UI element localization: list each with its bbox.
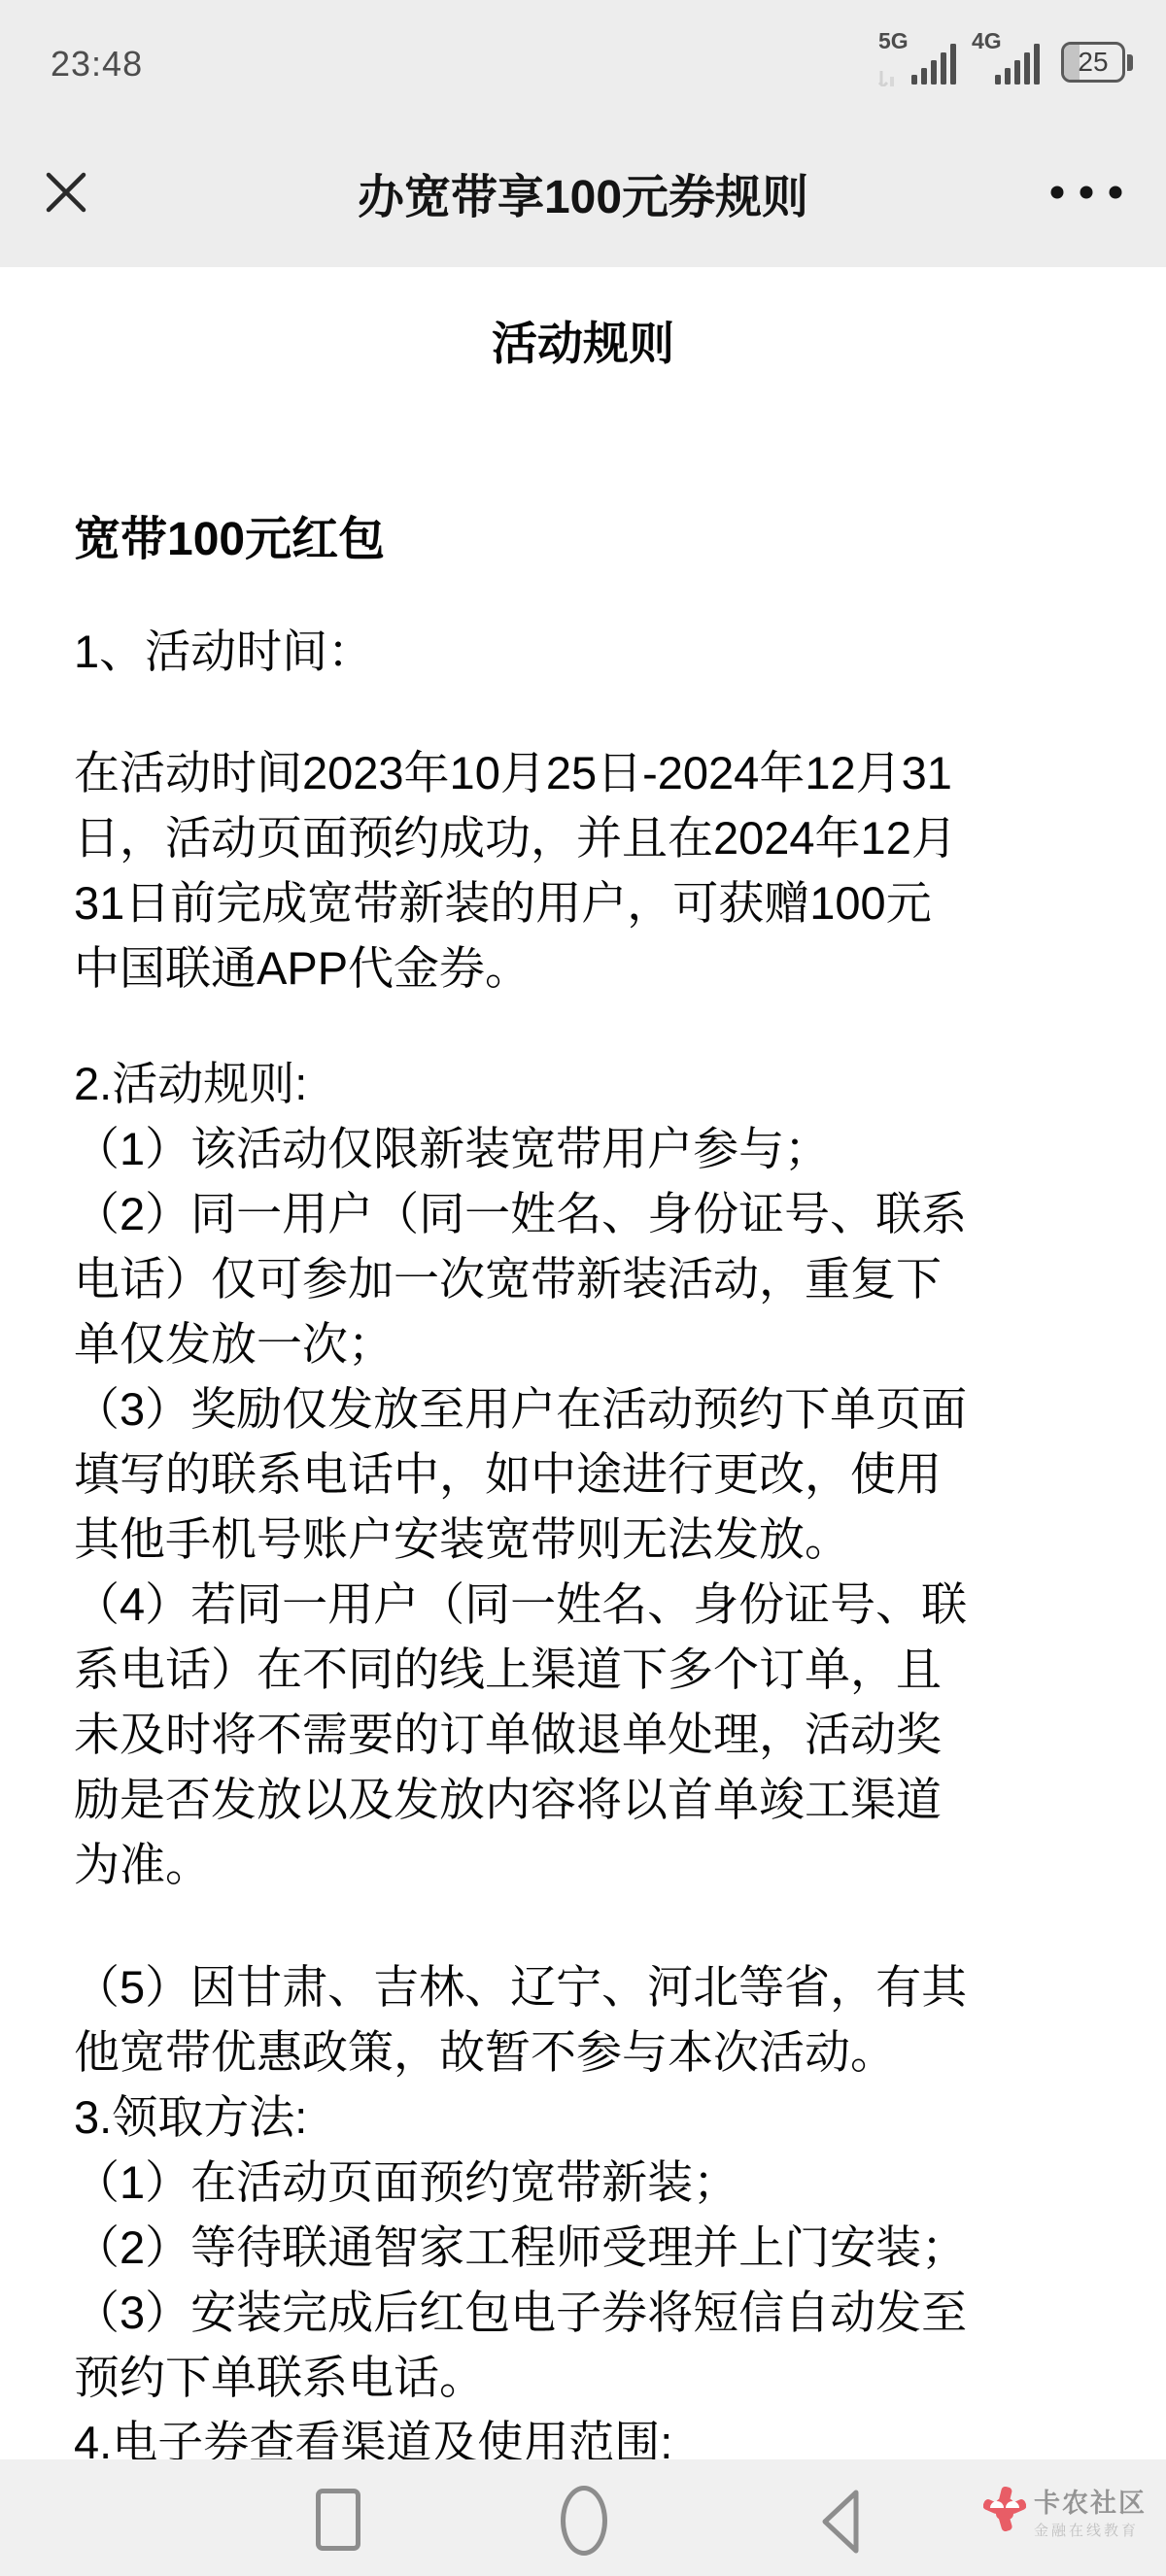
back-button[interactable] — [819, 2487, 862, 2559]
spacer — [0, 376, 1166, 507]
status-icons: 5G 4G — [878, 28, 1133, 85]
kanong-logo-icon — [983, 2487, 1026, 2531]
text-line: 其他手机号账户安装宽带则无法发放。 — [0, 1507, 1166, 1572]
signal-cluster-4g: 4G — [972, 28, 1042, 85]
section-heading: 宽带100元红包 — [0, 507, 1166, 572]
text-line: 为准。 — [0, 1832, 1166, 1897]
watermark: 卡农社区 金融在线教育 — [983, 2487, 1147, 2538]
webview-title-bar: 办宽带享100元券规则 — [0, 92, 1166, 267]
recents-button[interactable] — [316, 2489, 360, 2551]
battery-tip — [1127, 54, 1133, 71]
text-line: 在活动时间2023年10月25日-2024年12月31 — [0, 740, 1166, 805]
text-line: 系电话）在不同的线上渠道下多个订单，且 — [0, 1637, 1166, 1702]
text-line: 未及时将不需要的订单做退单处理，活动奖 — [0, 1702, 1166, 1767]
text-line: （2）同一用户（同一姓名、身份证号、联系 — [0, 1181, 1166, 1246]
text-line: （1）该活动仅限新装宽带用户参与； — [0, 1116, 1166, 1181]
top-header: 23:48 5G — [0, 0, 1166, 267]
spacer — [0, 684, 1166, 740]
status-bar: 23:48 5G — [0, 0, 1166, 92]
text-line: （3）奖励仅发放至用户在活动预约下单页面 — [0, 1376, 1166, 1441]
signal-bars-icon — [995, 44, 1042, 85]
text-line: （5）因甘肃、吉林、辽宁、河北等省，有其 — [0, 1954, 1166, 2019]
text-line: 31日前完成宽带新装的用户，可获赠100元 — [0, 870, 1166, 935]
home-button[interactable] — [561, 2486, 607, 2556]
spacer — [0, 1000, 1166, 1051]
article-heading: 活动规则 — [0, 311, 1166, 376]
text-line: 预约下单联系电话。 — [0, 2345, 1166, 2410]
android-nav-bar: 卡农社区 金融在线教育 — [0, 2459, 1166, 2576]
text-line: 单仅发放一次； — [0, 1311, 1166, 1376]
signal-bars-icon — [911, 44, 958, 85]
text-line: 日，活动页面预约成功，并且在2024年12月 — [0, 805, 1166, 870]
page-title-bar-text: 办宽带享100元券规则 — [0, 159, 1166, 226]
ellipsis-icon — [1047, 185, 1125, 200]
back-triangle-icon — [819, 2487, 862, 2557]
battery-body: 25 — [1061, 42, 1125, 83]
close-icon — [44, 170, 88, 215]
battery-percent: 25 — [1078, 47, 1108, 78]
text-line: 填写的联系电话中，如中途进行更改，使用 — [0, 1441, 1166, 1507]
text-line: 励是否发放以及发放内容将以首单竣工渠道 — [0, 1767, 1166, 1832]
close-button[interactable] — [39, 165, 93, 220]
rules-article: 活动规则 宽带100元红包 1、活动时间： 在活动时间2023年10月25日-2… — [0, 267, 1166, 2475]
text-line: （2）等待联通智家工程师受理并上门安装； — [0, 2215, 1166, 2280]
spacer — [0, 1897, 1166, 1954]
sub-signal-icon — [878, 69, 898, 86]
text-line: （3）安装完成后红包电子券将短信自动发至 — [0, 2280, 1166, 2345]
signal-cluster-5g: 5G — [878, 28, 958, 85]
watermark-title: 卡农社区 — [1034, 2491, 1147, 2517]
text-line: 1、活动时间： — [0, 619, 1166, 684]
battery-icon: 25 — [1061, 42, 1133, 85]
watermark-subtitle: 金融在线教育 — [1034, 2524, 1147, 2538]
text-line: （4）若同一用户（同一姓名、身份证号、联 — [0, 1572, 1166, 1637]
text-line: 3.领取方法: — [0, 2085, 1166, 2150]
text-line: 他宽带优惠政策，故暂不参与本次活动。 — [0, 2019, 1166, 2085]
more-menu-button[interactable] — [1046, 165, 1127, 220]
text-line: （1）在活动页面预约宽带新装； — [0, 2150, 1166, 2215]
text-line: 电话）仅可参加一次宽带新装活动，重复下 — [0, 1246, 1166, 1311]
watermark-text: 卡农社区 金融在线教育 — [1034, 2487, 1147, 2538]
text-line: 2.活动规则: — [0, 1051, 1166, 1116]
phone-screen: 23:48 5G — [0, 0, 1166, 2576]
network-type-label: 5G — [878, 28, 909, 54]
spacer — [0, 572, 1166, 619]
status-time: 23:48 — [51, 44, 143, 85]
text-line: 中国联通APP代金券。 — [0, 935, 1166, 1000]
